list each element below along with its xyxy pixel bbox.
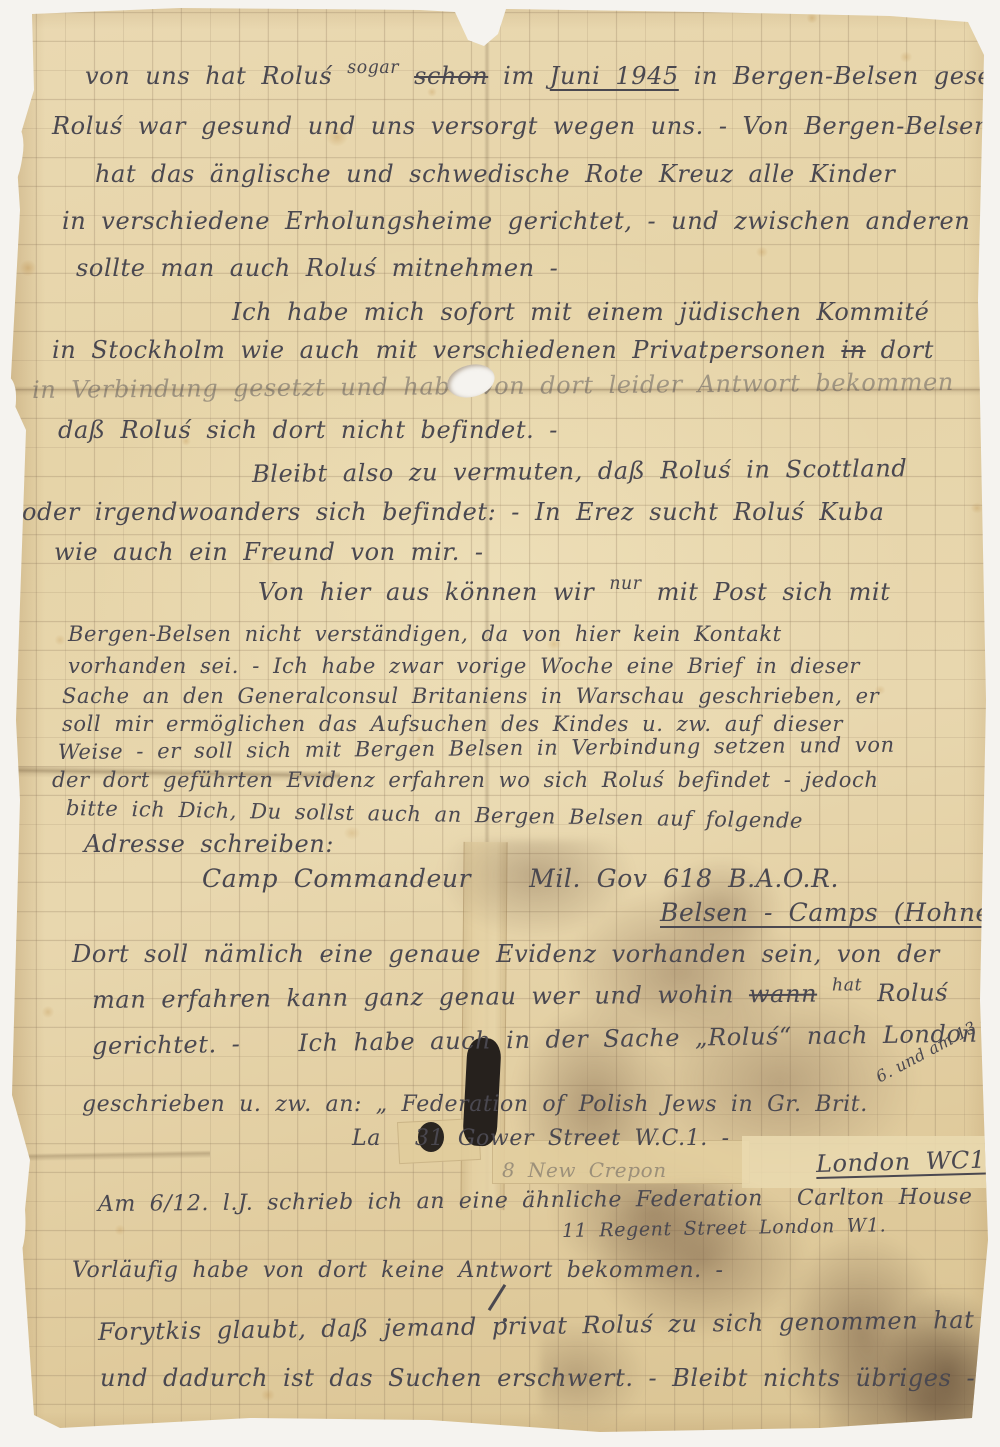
handwriting-segment: La bbox=[352, 1126, 381, 1151]
handwriting-segment: in Bergen-Belsen gesehen. - bbox=[679, 62, 1000, 90]
handwriting-segment: London WC1 bbox=[816, 1146, 986, 1178]
handwriting-segment: hat das änglische und schwedische Rote K… bbox=[95, 160, 895, 188]
handwriting-segment: Vorläufig habe von dort keine Antwort be… bbox=[72, 1258, 724, 1283]
handwriting-line: Von hier aus können wir nur mit Post sic… bbox=[258, 578, 890, 606]
handwriting-segment: soll mir ermöglichen das Aufsuchen des K… bbox=[62, 712, 843, 736]
handwriting-segment: in Stockholm wie auch mit verschiedenen … bbox=[52, 336, 841, 364]
handwriting-line: La31 Gower Street W.C.1. - bbox=[352, 1126, 730, 1151]
handwriting-segment: 31 Gower Street W.C.1. - bbox=[415, 1126, 730, 1151]
handwriting-segment: mit Post sich mit bbox=[642, 578, 891, 606]
handwriting-segment: Sache an den Generalconsul Britaniens in… bbox=[62, 684, 879, 708]
handwriting-segment: Mil. Gov 618 B.A.O.R. bbox=[529, 864, 839, 893]
page-number: 4 bbox=[469, 15, 486, 42]
handwriting-segment: wann bbox=[749, 980, 817, 1009]
handwriting-segment: Bleibt also zu vermuten, daß Roluś in Sc… bbox=[252, 454, 908, 488]
handwriting-segment: Belsen - Camps (Hohne) bbox=[660, 898, 1000, 927]
handwriting-segment: in bbox=[841, 336, 865, 364]
handwriting-segment: Ich habe mich sofort mit einem jüdischen… bbox=[232, 298, 929, 326]
handwriting-line: Ich habe mich sofort mit einem jüdischen… bbox=[232, 298, 929, 326]
handwriting-segment: gerichtet. - bbox=[92, 1030, 241, 1060]
handwriting-segment: Carlton House bbox=[797, 1184, 973, 1211]
handwriting-segment: von uns hat Roluś bbox=[85, 62, 347, 90]
handwriting-segment: geschrieben u. zw. an: „ Federation of P… bbox=[82, 1092, 868, 1117]
handwriting-segment: sogar bbox=[347, 58, 399, 78]
handwriting-segment: wie auch ein Freund von mir. - bbox=[54, 538, 484, 566]
handwriting-segment: Bergen-Belsen nicht verständigen, da von… bbox=[68, 622, 782, 646]
handwriting-segment: Von hier aus können wir bbox=[258, 578, 609, 606]
handwriting-line: 8 New Crepon bbox=[502, 1158, 667, 1182]
handwriting-segment bbox=[817, 980, 832, 1008]
handwriting-segment: hat bbox=[832, 975, 862, 995]
handwriting-segment: nur bbox=[609, 574, 641, 594]
handwriting-segment: oder irgendwoanders sich befindet: - In … bbox=[22, 498, 884, 526]
handwriting-segment: Roluś war gesund und uns versorgt wegen … bbox=[52, 112, 990, 140]
handwriting-line: der dort geführten Evidenz erfahren wo s… bbox=[52, 768, 878, 792]
handwriting-line: Sache an den Generalconsul Britaniens in… bbox=[62, 684, 879, 708]
handwriting-segment: im bbox=[488, 62, 550, 90]
handwriting-line: vorhanden sei. - Ich habe zwar vorige Wo… bbox=[68, 654, 860, 678]
handwriting-segment: der dort geführten Evidenz erfahren wo s… bbox=[52, 768, 878, 792]
handwriting-line: hat das änglische und schwedische Rote K… bbox=[95, 160, 895, 188]
handwriting-line: in Stockholm wie auch mit verschiedenen … bbox=[52, 336, 934, 364]
handwriting-line: Bleibt also zu vermuten, daß Roluś in Sc… bbox=[252, 454, 908, 488]
handwriting-segment: man erfahren kann ganz genau wer und woh… bbox=[92, 980, 749, 1014]
handwriting-line: von uns hat Roluś sogar schon im Juni 19… bbox=[85, 62, 1000, 90]
handwriting-line: London WC1 bbox=[816, 1146, 986, 1178]
handwriting-line: Adresse schreiben: bbox=[84, 830, 334, 858]
handwriting-segment bbox=[399, 62, 414, 90]
handwriting-segment: Adresse schreiben: bbox=[84, 830, 334, 858]
handwriting-line: Camp CommandeurMil. Gov 618 B.A.O.R. bbox=[202, 864, 839, 893]
handwriting-line: Belsen - Camps (Hohne) bbox=[660, 898, 1000, 927]
paper-sheet: 4 von uns hat Roluś sogar schon im Juni … bbox=[0, 0, 1000, 1447]
handwriting-line: soll mir ermöglichen das Aufsuchen des K… bbox=[62, 712, 843, 736]
scanned-letter-page: 4 von uns hat Roluś sogar schon im Juni … bbox=[0, 0, 1000, 1447]
handwriting-segment: in verschiedene Erholungsheime gerichtet… bbox=[62, 207, 970, 235]
handwriting-segment: sollte man auch Roluś mitnehmen - bbox=[76, 254, 558, 282]
handwriting-segment: Camp Commandeur bbox=[202, 864, 471, 893]
handwriting-segment: dort bbox=[866, 336, 934, 364]
handwriting-line: oder irgendwoanders sich befindet: - In … bbox=[22, 498, 884, 526]
handwriting-line: Vorläufig habe von dort keine Antwort be… bbox=[72, 1258, 724, 1283]
handwriting-segment: Juni 1945 bbox=[550, 62, 679, 90]
handwriting-segment: Roluś bbox=[862, 979, 948, 1008]
handwriting-segment: vorhanden sei. - Ich habe zwar vorige Wo… bbox=[68, 654, 860, 678]
handwriting-line: und dadurch ist das Suchen erschwert. - … bbox=[100, 1364, 975, 1392]
handwriting-segment bbox=[241, 1051, 299, 1052]
handwriting-segment: und dadurch ist das Suchen erschwert. - … bbox=[100, 1364, 975, 1392]
handwriting-line: Bergen-Belsen nicht verständigen, da von… bbox=[68, 622, 782, 646]
handwriting-segment: schon bbox=[414, 62, 488, 90]
stray-pen-mark bbox=[503, 1318, 507, 1322]
handwriting-line: daß Roluś sich dort nicht befindet. - bbox=[58, 416, 558, 444]
handwriting-line: in verschiedene Erholungsheime gerichtet… bbox=[62, 207, 970, 235]
handwriting-segment: Dort soll nämlich eine genaue Evidenz vo… bbox=[72, 940, 940, 968]
handwriting-line: geschrieben u. zw. an: „ Federation of P… bbox=[82, 1092, 868, 1117]
handwriting-line: sollte man auch Roluś mitnehmen - bbox=[76, 254, 558, 282]
torn-edge bbox=[0, 376, 16, 420]
handwriting-line: Dort soll nämlich eine genaue Evidenz vo… bbox=[72, 940, 940, 968]
handwriting-segment: daß Roluś sich dort nicht befindet. - bbox=[58, 416, 558, 444]
handwriting-segment: 8 New Crepon bbox=[502, 1158, 667, 1182]
handwriting-line: wie auch ein Freund von mir. - bbox=[54, 538, 484, 566]
handwriting-line: Roluś war gesund und uns versorgt wegen … bbox=[52, 112, 990, 140]
